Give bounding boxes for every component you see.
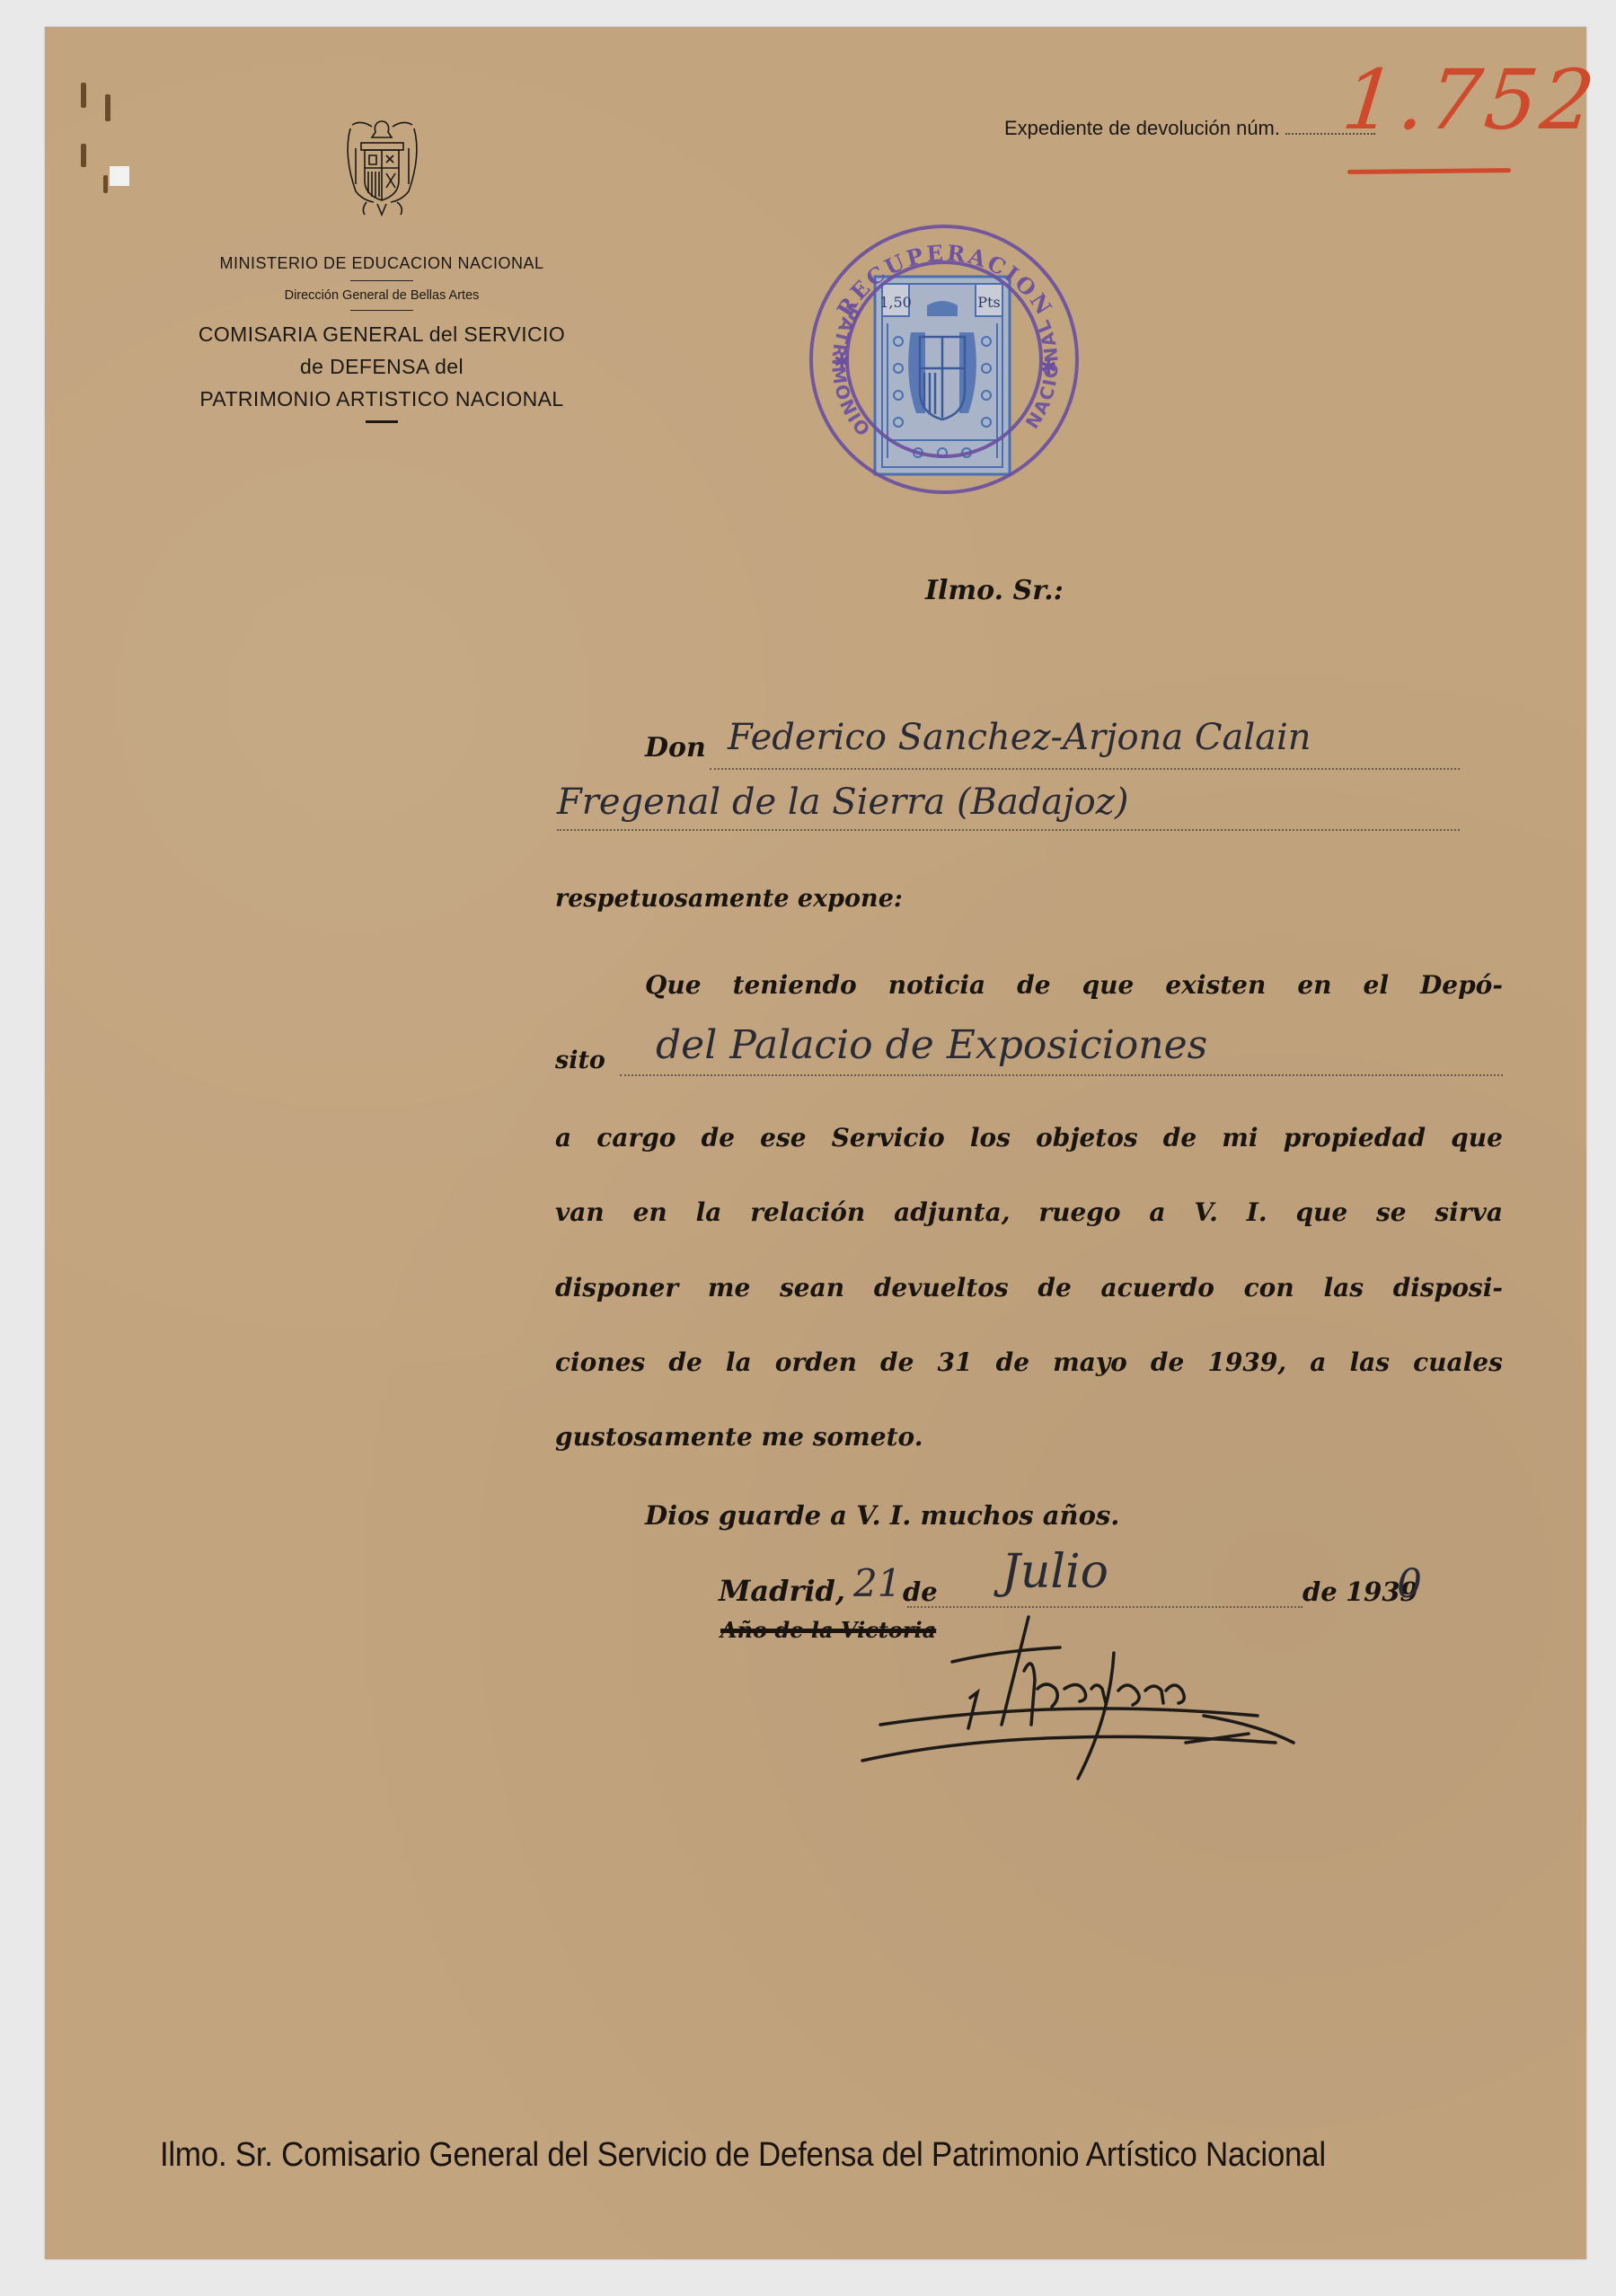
binding-mark [81,83,86,108]
signature [844,1590,1437,1770]
body-line-1: Que teniendo noticia de que existen en e… [645,970,1503,1000]
closing: Dios guarde a V. I. muchos años. [645,1500,1548,1531]
expediente-number: 1.752 [1338,52,1603,148]
footer-addressee: Ilmo. Sr. Comisario General del Servicio… [160,2136,1326,2175]
coat-of-arms-icon [340,112,425,220]
comisaria-line-3: PATRIMONIO ARTISTICO NACIONAL [135,383,629,415]
expone-label: respetuosamente expone: [555,885,903,913]
body-line-7: gustosamente me someto. [555,1422,1458,1452]
body-line-3: acargodeeseServiciolosobjetosdemipropied… [555,1123,1503,1152]
svg-text:Pts: Pts [977,294,1000,311]
letterhead: MINISTERIO DE EDUCACION NACIONAL Direcci… [135,112,629,423]
binding-hole [110,166,129,186]
divider [350,280,413,281]
svg-text:✱: ✱ [1040,357,1056,379]
sito-label: sito [555,1046,605,1074]
body-line-4: vanenlarelaciónadjunta,ruegoaV.I.quesesi… [555,1197,1503,1227]
comisaria-line-1: COMISARIA GENERAL del SERVICIO [135,318,629,350]
deposit-fill-line [620,1074,1503,1076]
salutation: Ilmo. Sr.: [925,575,1064,606]
expediente-label-text: Expediente de devolución núm. [1004,117,1280,139]
deposit-location: del Palacio de Exposiciones [656,1022,1207,1068]
comisaria-line-2: de DEFENSA del [135,350,629,383]
binding-mark [105,94,110,121]
body-line-6: cionesdelaordende31demayode1939,alascual… [555,1347,1503,1377]
expediente-label: Expediente de devolución núm. [1004,117,1375,140]
binding-mark [81,144,86,167]
body-line-5: disponermeseandevueltosdeacuerdoconlasdi… [555,1273,1503,1303]
binding-mark [103,175,108,193]
divider [366,420,398,423]
place-label: Madrid, [719,1574,845,1608]
direction-name: Dirección General de Bellas Artes [135,288,629,303]
applicant-location: Fregenal de la Sierra (Badajoz) [557,782,1128,823]
ministry-name: MINISTERIO DE EDUCACION NACIONAL [135,254,629,273]
applicant-name: Federico Sanchez-Arjona Calain [728,717,1311,758]
document-page: MINISTERIO DE EDUCACION NACIONAL Direcci… [45,27,1586,2259]
recovery-stamp: 1,50 Pts RECUPERA [801,216,1087,501]
divider [350,310,413,311]
don-label: Don [645,732,706,764]
name-fill-line [710,768,1460,770]
svg-text:1,50: 1,50 [879,294,912,311]
svg-text:✱: ✱ [834,351,850,374]
location-fill-line [557,829,1460,831]
expediente-underline [1347,168,1511,174]
